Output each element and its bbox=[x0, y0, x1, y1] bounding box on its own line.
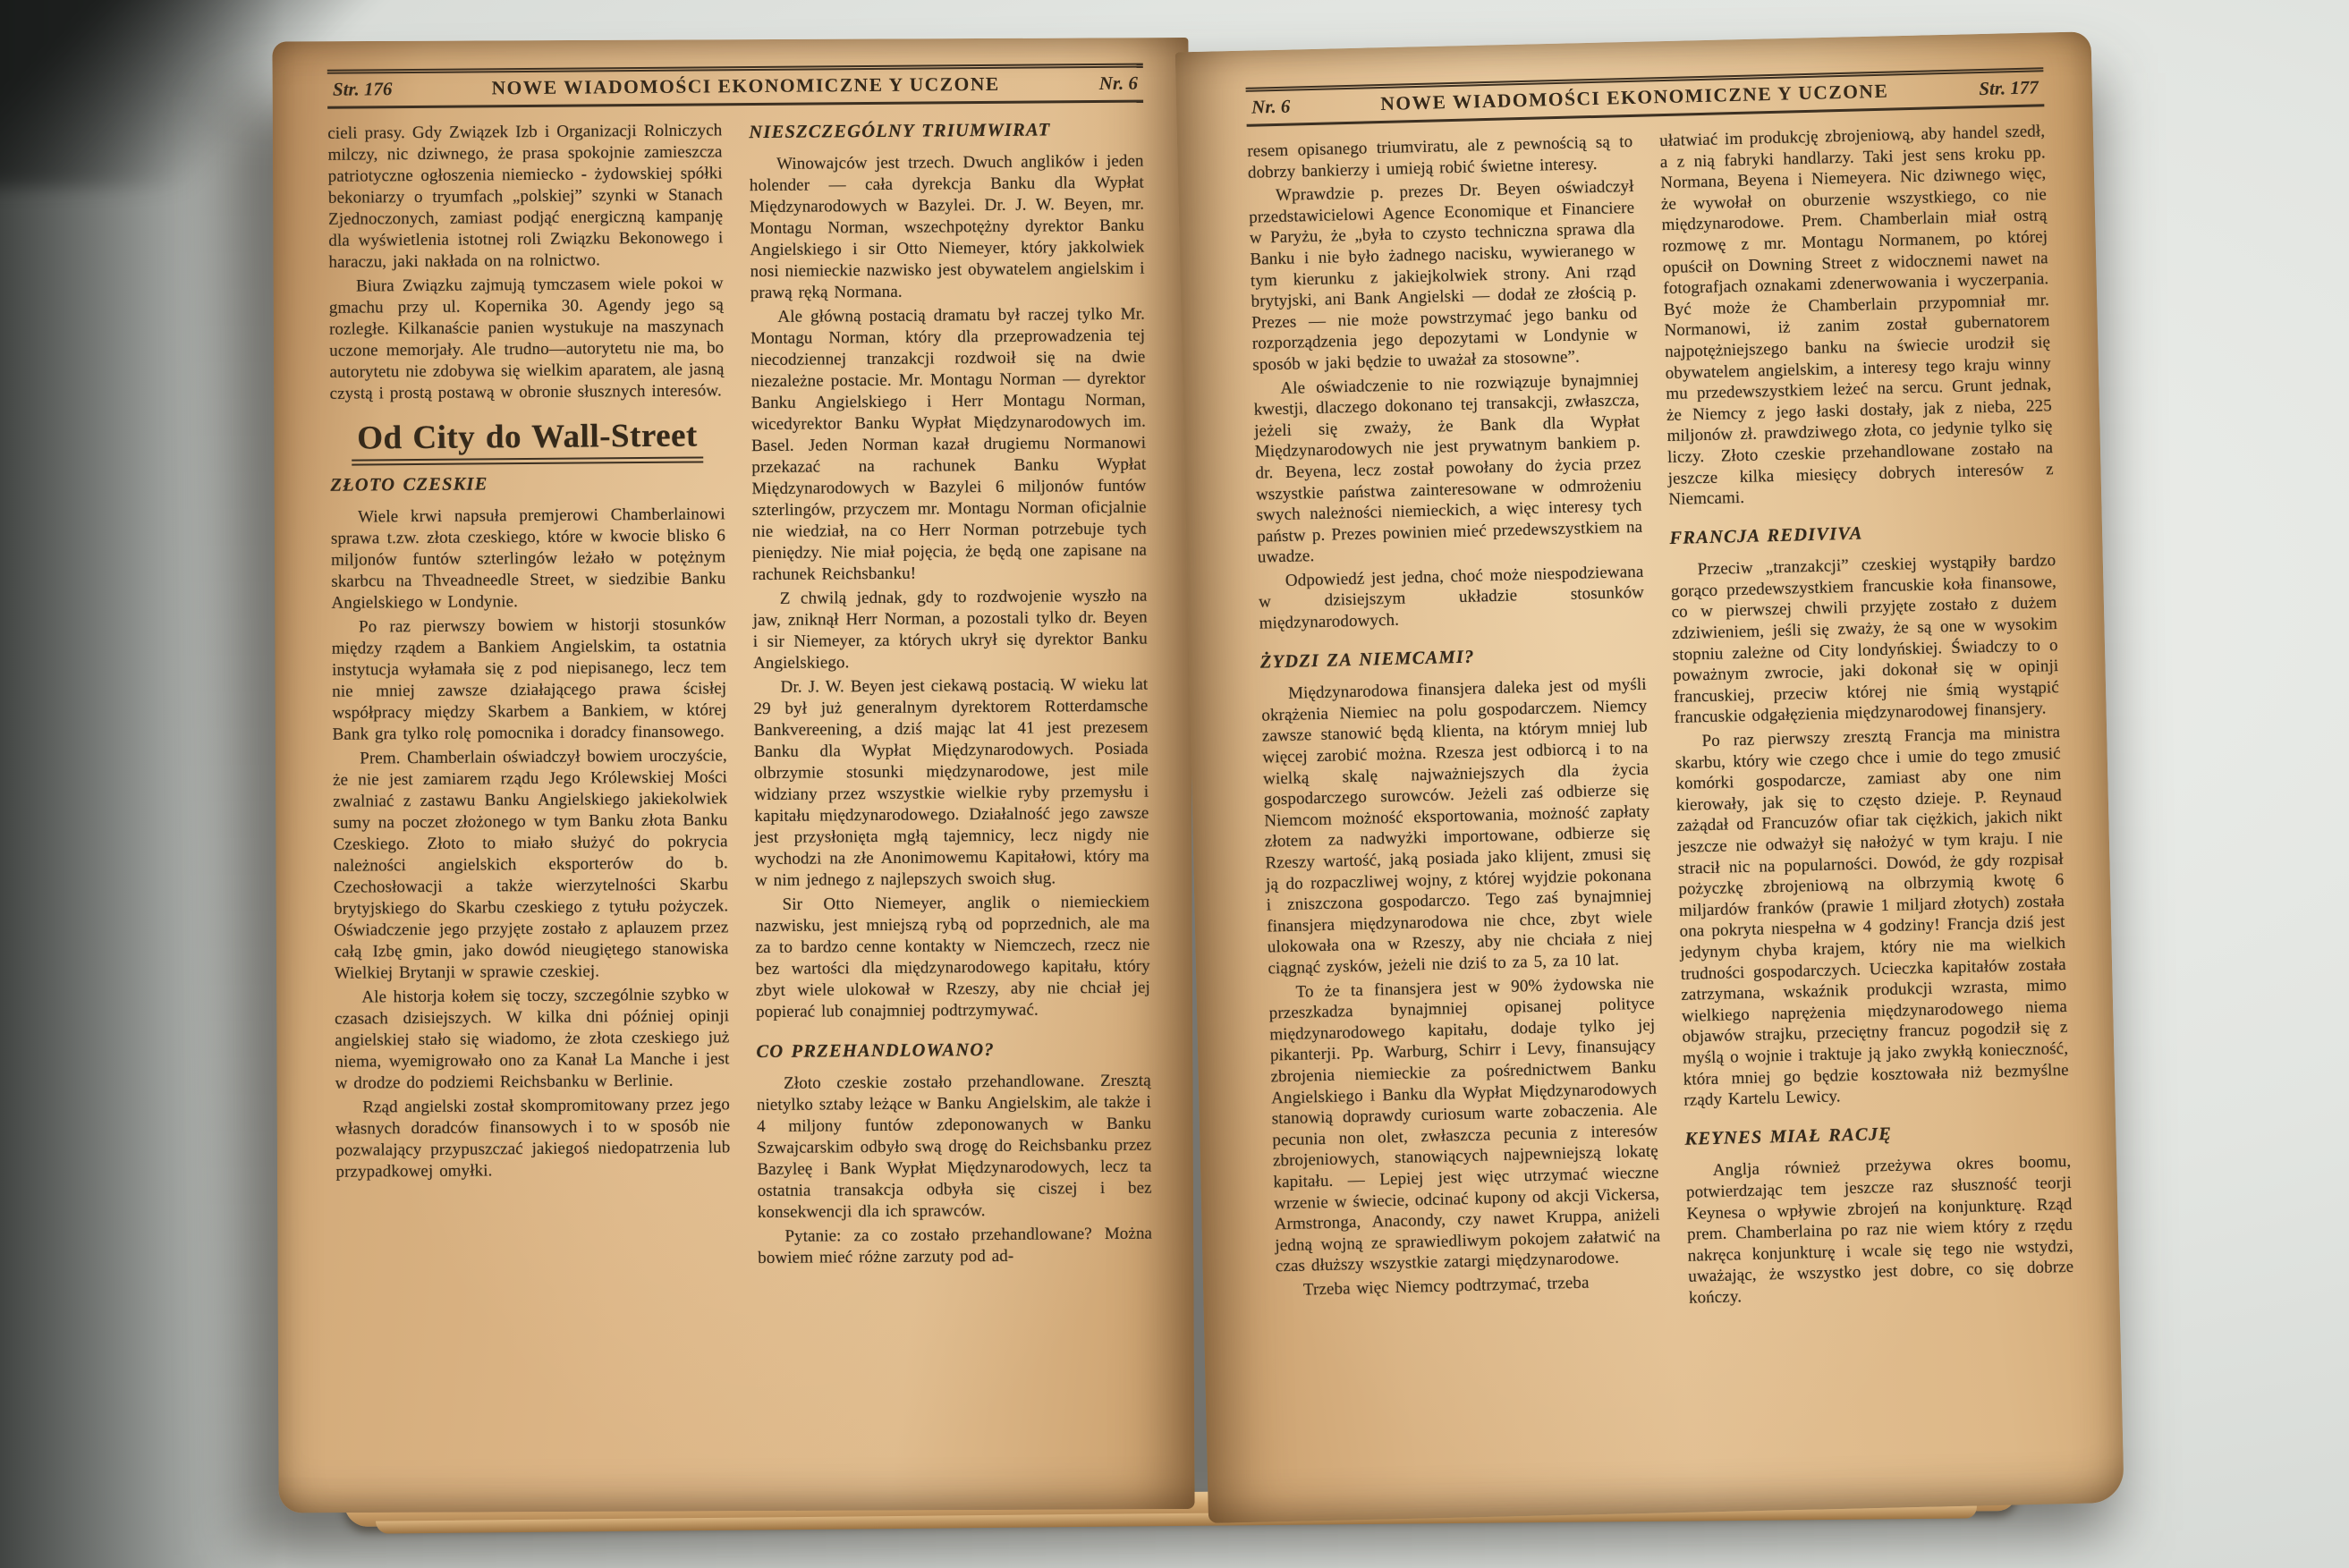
paragraph: Przeciw „tranzakcji” czeskiej wystąpiły … bbox=[1670, 550, 2060, 729]
paragraph: Sir Otto Niemeyer, anglik o niemieckiem … bbox=[755, 892, 1150, 1023]
journal-title: NOWE WIADOMOŚCI EKONOMICZNE Y UCZONE bbox=[392, 72, 1098, 100]
text-column: ułatwiać im produkcję zbrojeniową, aby h… bbox=[1659, 121, 2074, 1311]
article-title: Od City do Wall-Street bbox=[330, 425, 725, 454]
article-title-text: Od City do Wall-Street bbox=[352, 417, 703, 465]
paragraph: resem opisanego triumviratu, ale z pewno… bbox=[1247, 131, 1633, 183]
paragraph: Wprawdzie p. prezes Dr. Beyen oświadczył… bbox=[1248, 176, 1638, 376]
paragraph: Ale główną postacią dramatu był raczej t… bbox=[750, 304, 1147, 586]
paragraph: Ale historja kołem się toczy, szczególni… bbox=[335, 984, 730, 1094]
section-heading: ZŁOTO CZESKIE bbox=[330, 471, 725, 496]
paragraph: Dr. J. W. Beyen jest ciekawą postacią. W… bbox=[753, 674, 1149, 892]
right-page-header: Nr. 6 NOWE WIADOMOŚCI EKONOMICZNE Y UCZO… bbox=[1246, 67, 2045, 127]
paragraph: Międzynarodowa finansjera daleka jest od… bbox=[1260, 674, 1653, 979]
issue-number: Nr. 6 bbox=[1099, 72, 1138, 95]
page-number: Str. 177 bbox=[1979, 76, 2039, 100]
text-column: cieli prasy. Gdy Związek Izb i Organizac… bbox=[327, 120, 731, 1275]
journal-title: NOWE WIADOMOŚCI EKONOMICZNE Y UCZONE bbox=[1290, 78, 1980, 117]
paragraph: Wiele krwi napsuła premjerowi Chamberlai… bbox=[331, 504, 726, 614]
paragraph: Anglja również przeżywa okres boomu, pot… bbox=[1685, 1151, 2074, 1309]
paragraph: Złoto czeskie zostało przehandlowane. Zr… bbox=[757, 1071, 1152, 1224]
paragraph: Z chwilą jednak, gdy to rozdwojenie wysz… bbox=[752, 586, 1148, 674]
paragraph: cieli prasy. Gdy Związek Izb i Organizac… bbox=[327, 120, 723, 273]
paragraph: To że ta finansjera jest w 90% żydowska … bbox=[1268, 972, 1661, 1277]
issue-number: Nr. 6 bbox=[1251, 96, 1291, 119]
paragraph: ułatwiać im produkcję zbrojeniową, aby h… bbox=[1659, 121, 2055, 510]
paragraph: Po raz pierwszy bowiem w historji stosun… bbox=[332, 614, 727, 745]
open-booklet: Str. 176 NOWE WIADOMOŚCI EKONOMICZNE Y U… bbox=[272, 34, 2110, 1513]
paragraph: Biura Związku zajmują tymczasem wiele po… bbox=[329, 273, 725, 404]
photo-background: Str. 176 NOWE WIADOMOŚCI EKONOMICZNE Y U… bbox=[0, 0, 2349, 1568]
paragraph: Winowajców jest trzech. Dwuch anglików i… bbox=[750, 151, 1145, 304]
text-column: NIESZCZEGÓLNY TRIUMWIRATWinowajców jest … bbox=[749, 117, 1152, 1272]
paragraph: Odpowiedź jest jedna, choć może niespodz… bbox=[1258, 562, 1645, 635]
left-page: Str. 176 NOWE WIADOMOŚCI EKONOMICZNE Y U… bbox=[272, 38, 1194, 1513]
page-number: Str. 176 bbox=[333, 78, 393, 101]
section-heading: FRANCJA REDIVIVA bbox=[1669, 519, 2055, 549]
paragraph: Rząd angielski został skompromitowany pr… bbox=[335, 1094, 731, 1182]
paragraph: Po raz pierwszy zresztą Francja ma minis… bbox=[1675, 722, 2070, 1111]
paragraph: Prem. Chamberlain oświadczył bowiem uroc… bbox=[333, 745, 729, 984]
left-page-header: Str. 176 NOWE WIADOMOŚCI EKONOMICZNE Y U… bbox=[327, 64, 1143, 109]
paragraph: Pytanie: za co zostało przehandlowane? M… bbox=[758, 1224, 1152, 1269]
paragraph: Ale oświadczenie to nie rozwiązuje bynaj… bbox=[1253, 369, 1643, 568]
section-heading: CO PRZEHANDLOWANO? bbox=[756, 1038, 1150, 1063]
text-column: resem opisanego triumviratu, ale z pewno… bbox=[1247, 131, 1662, 1322]
section-heading: KEYNES MIAŁ RACJĘ bbox=[1684, 1120, 2070, 1150]
right-page: Nr. 6 NOWE WIADOMOŚCI EKONOMICZNE Y UCZO… bbox=[1175, 31, 2124, 1523]
section-heading: NIESZCZEGÓLNY TRIUMWIRAT bbox=[749, 119, 1143, 143]
section-heading: ŻYDZI ZA NIEMCAMI? bbox=[1260, 642, 1646, 673]
